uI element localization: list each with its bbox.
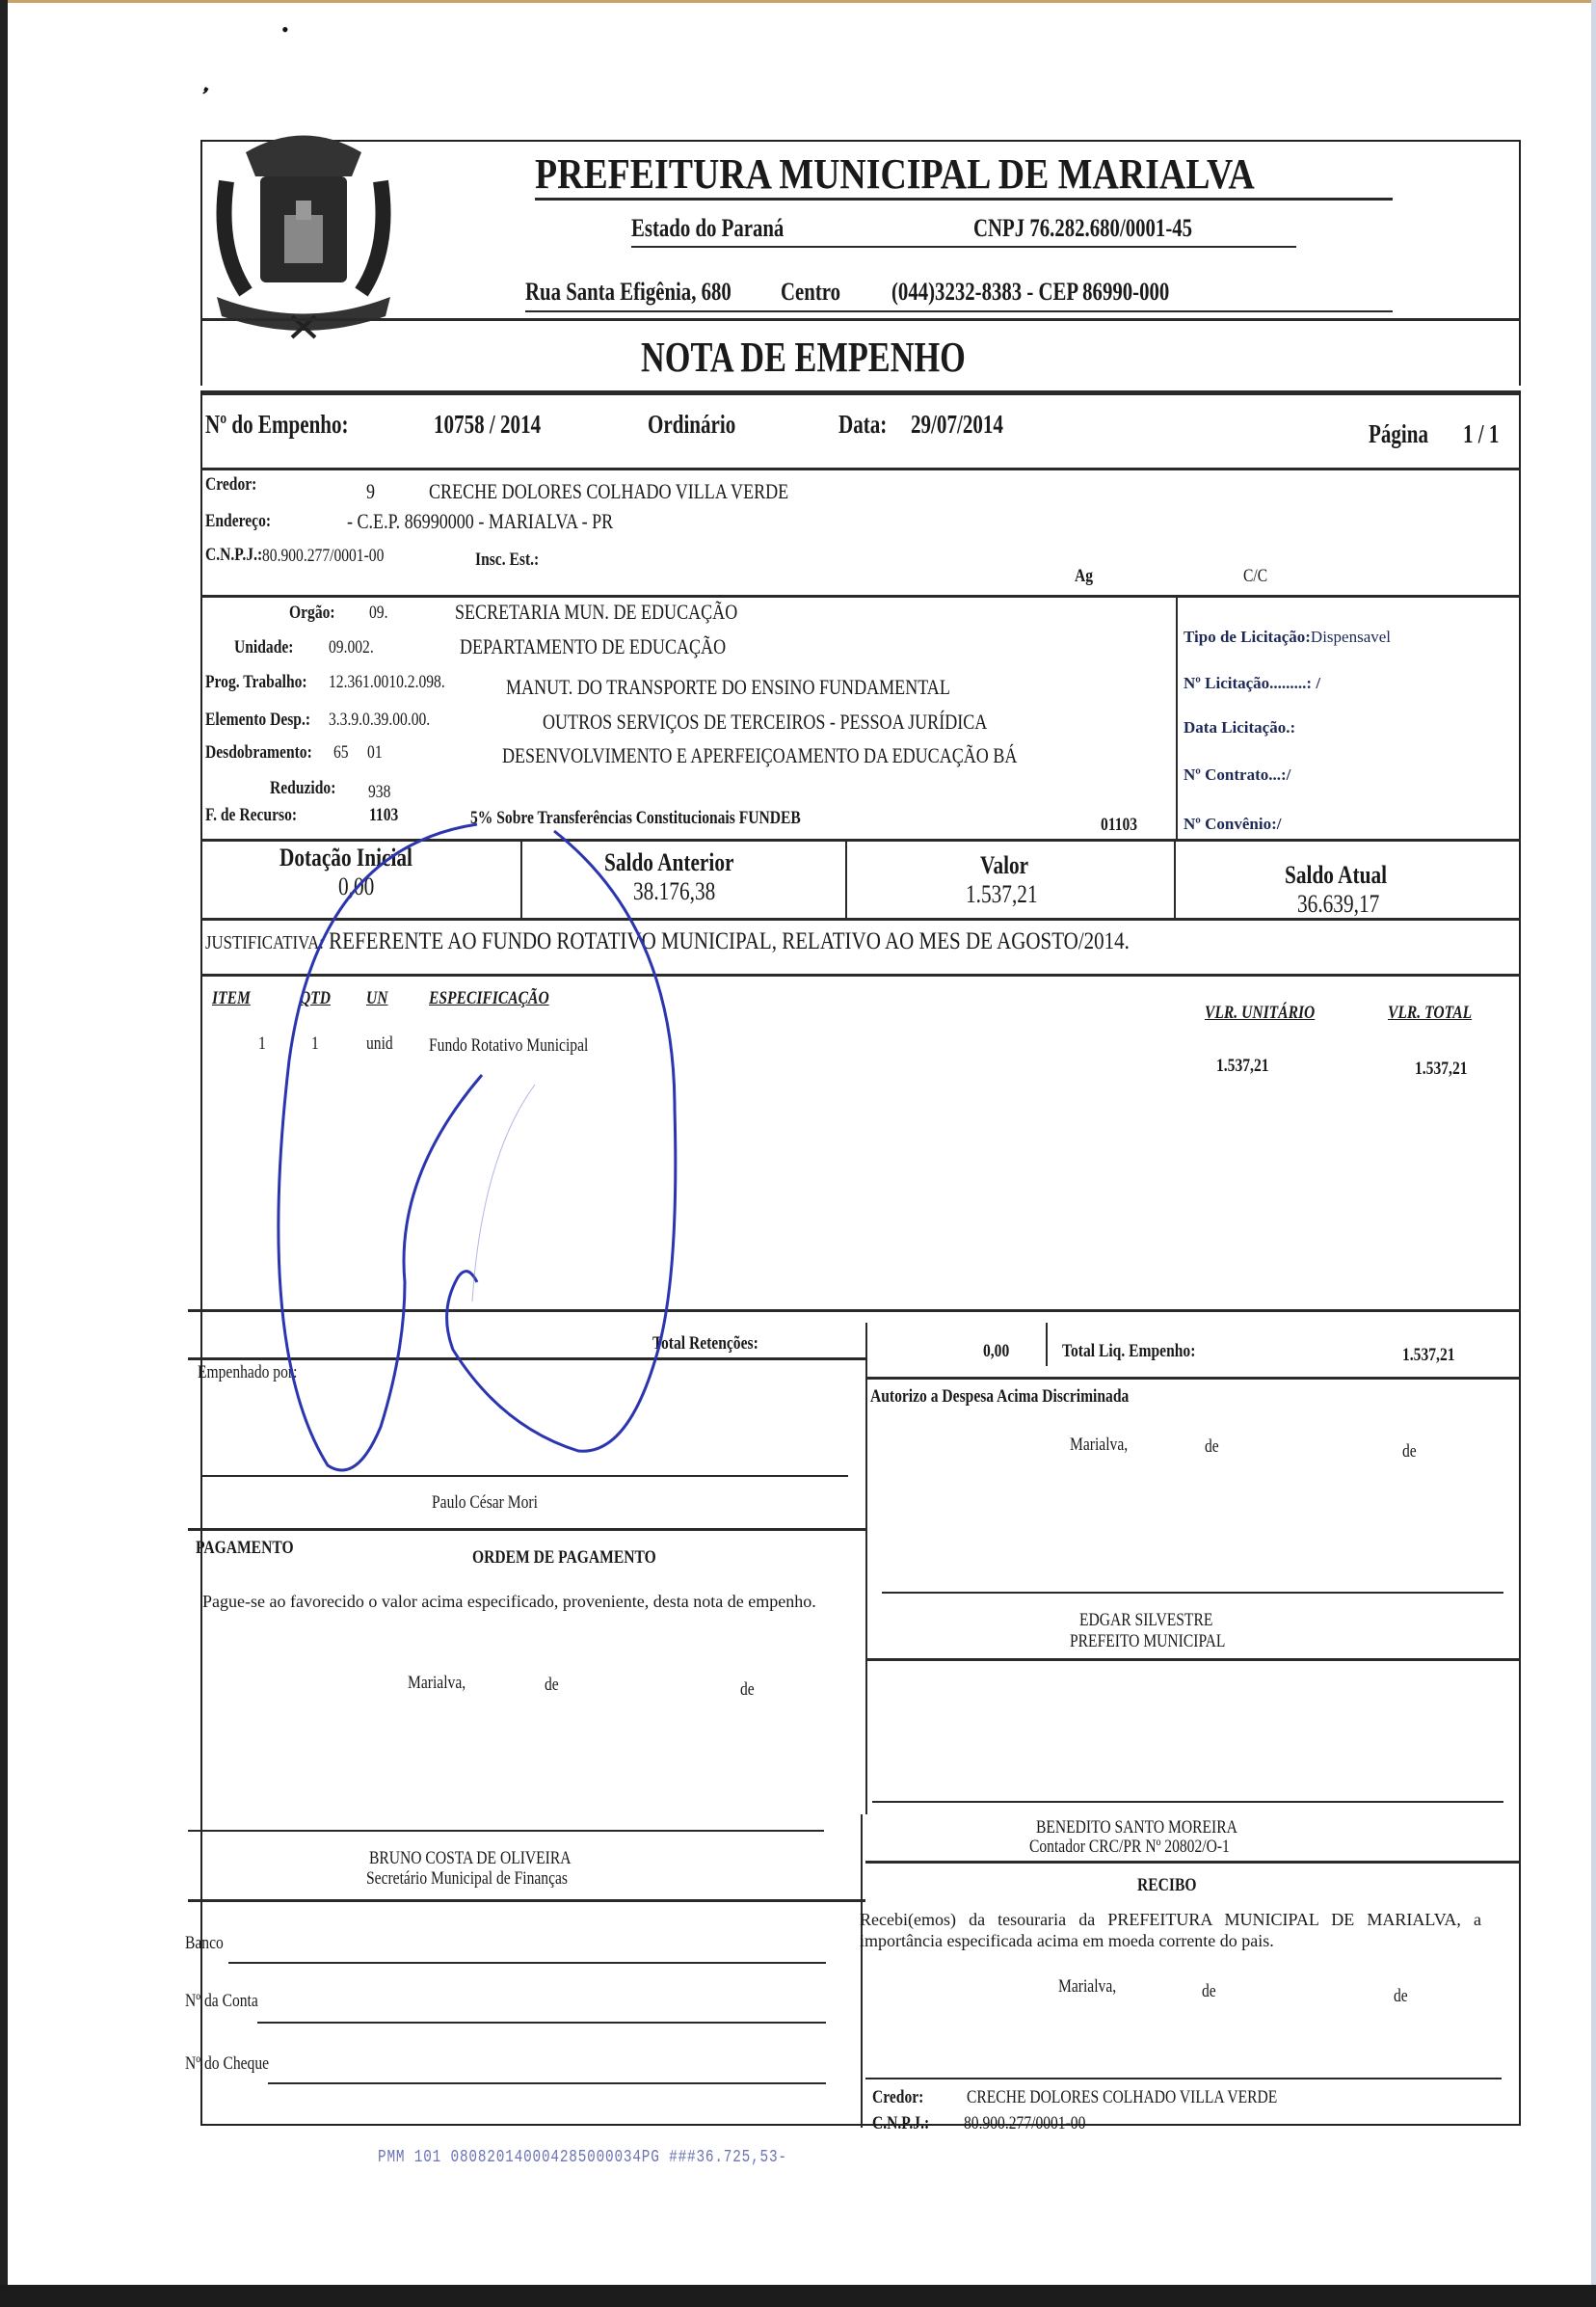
col-header-unit-price: VLR. UNITÁRIO [1205,1003,1315,1024]
recibo-credor-name: CRECHE DOLORES COLHADO VILLA VERDE [967,2087,1277,2108]
budget-code: 12.361.0010.2.098. [329,672,445,693]
budget-desc: OUTROS SERVIÇOS DE TERCEIROS - PESSOA JU… [543,710,987,735]
balance-valor: Valor 1.537,21 [845,851,1174,909]
convenio-number: Nº Convênio:/ [1184,815,1281,834]
secretario-name: BRUNO COSTA DE OLIVEIRA [369,1848,572,1869]
divider [200,974,1521,977]
scan-edge-right [1591,0,1596,2307]
empenhado-por-label: Empenhado por: [198,1362,297,1383]
recibo-cnpj-label: C.N.P.J.: [872,2113,929,2134]
balance-label: Dotação Inicial [279,844,412,872]
total-retencoes-label: Total Retenções: [652,1333,758,1355]
budget-label: Elemento Desp.: [205,710,310,731]
divider [200,918,1521,921]
divider [188,1309,1521,1312]
divider-vertical [1176,598,1178,839]
item-number: 1 [258,1033,266,1055]
budget-label: Orgão: [289,603,335,624]
licitacao-type: Tipo de Licitação:Dispensavel [1184,628,1391,647]
budget-desc: MANUT. DO TRANSPORTE DO ENSINO FUNDAMENT… [506,675,950,700]
divider [200,468,1521,470]
col-header-total: VLR. TOTAL [1388,1003,1472,1024]
cnpj-label: C.N.P.J.: [205,545,262,566]
total-retencoes-value: 0,00 [983,1341,1009,1362]
budget-desc: SECRETARIA MUN. DE EDUCAÇÃO [455,600,737,625]
banco-field[interactable] [228,1962,826,1964]
date-de: de [1394,1986,1408,2007]
scan-edge-top [0,0,1596,3]
contador-name: BENEDITO SANTO MOREIRA [1036,1817,1237,1838]
signature-line [872,1801,1503,1803]
balance-saldo-atual: Saldo Atual 36.639,17 [1174,861,1521,919]
pagamento-label: PAGAMENTO [196,1538,294,1559]
credor-label: Credor: [205,474,256,496]
empenhado-por-name: Paulo César Mori [432,1492,538,1514]
phone-cep: (044)3232-8383 - CEP 86990-000 [891,278,1169,307]
balance-label: Valor [980,851,1028,880]
budget-label: Desdobramento: [205,742,312,764]
empenho-date: 29/07/2014 [911,410,1003,440]
scan-speck: • [281,17,289,42]
budget-label: Unidade: [234,637,293,658]
contrato-number: Nº Contrato...:/ [1184,765,1290,785]
balance-dotacao: Dotação Inicial 0,00 [200,844,520,901]
budget-desc: DESENVOLVIMENTO E APERFEIÇOAMENTO DA EDU… [502,743,1017,768]
date-de: de [545,1675,559,1696]
balance-saldo-anterior: Saldo Anterior 38.176,38 [520,848,845,906]
col-header-item: ITEM [212,988,251,1009]
budget-label: Reduzido: [270,778,335,799]
recibo-cnpj: 80.900.277/0001-00 [964,2113,1085,2134]
conta-field[interactable] [257,2022,826,2024]
empenho-number: 10758 / 2014 [434,410,541,440]
col-header-qtd: QTD [300,988,331,1009]
divider [865,1658,1521,1661]
col-header-spec: ESPECIFICAÇÃO [429,988,549,1009]
pagamento-text: Pague-se ao favorecido o valor acima esp… [202,1591,819,1612]
city-label: Marialva, [1058,1976,1116,1998]
prefeito-name: EDGAR SILVESTRE [1079,1610,1212,1631]
signature-line [882,1592,1503,1594]
credor-name: CRECHE DOLORES COLHADO VILLA VERDE [429,479,788,504]
scan-speck: ❜ [194,83,212,108]
total-liquido-value: 1.537,21 [1402,1345,1455,1366]
secretario-title: Secretário Municipal de Finanças [366,1868,568,1890]
justificativa-text: REFERENTE AO FUNDO ROTATIVO MUNICIPAL, R… [329,928,1130,954]
budget-code: 09. [369,603,387,624]
address-underline [525,310,1393,312]
conta-corrente-label: C/C [1243,566,1267,587]
justificativa-label: JUSTIFICATIVA: [205,932,324,953]
page-number: 1 / 1 [1463,419,1499,449]
item-spec: Fundo Rotativo Municipal [429,1035,588,1057]
licitacao-date: Data Licitação.: [1184,718,1295,738]
date-de: de [1402,1441,1417,1462]
date-label: Data: [838,410,887,440]
ordem-pagamento-title: ORDEM DE PAGAMENTO [472,1547,656,1569]
budget-code: 09.002. [329,637,374,658]
agencia-label: Ag [1075,566,1093,587]
municipality-title: PREFEITURA MUNICIPAL DE MARIALVA [535,149,1255,199]
divider-vertical [861,1814,863,2128]
divider [200,318,1521,321]
budget-code: 3.3.9.0.39.00.00. [329,710,430,731]
item-total: 1.537,21 [1415,1059,1468,1080]
divider-vertical [1046,1323,1048,1366]
divider [200,839,1521,842]
street-address: Rua Santa Efigênia, 680 [525,278,731,307]
recibo-credor-label: Credor: [872,2087,923,2108]
balance-value: 36.639,17 [1297,890,1379,919]
cheque-label: Nº do Cheque [185,2053,269,2075]
district: Centro [781,278,840,307]
divider [200,595,1521,598]
recibo-title: RECIBO [1137,1875,1196,1896]
balance-value: 1.537,21 [966,880,1038,909]
endereco: - C.E.P. 86990000 - MARIALVA - PR [347,509,613,534]
licitacao-type-value: Dispensavel [1311,628,1391,646]
balance-value: 38.176,38 [633,877,715,906]
date-de: de [1205,1436,1219,1458]
recurso-code: 1103 [369,805,398,826]
signature-line [865,2078,1502,2079]
budget-code: 938 [368,782,390,803]
divider [865,1861,1521,1864]
divider [188,1899,865,1902]
autorizo-label: Autorizo a Despesa Acima Discriminada [870,1386,1129,1408]
bank-authentication-stamp: PMM 101 080820140004285000034PG ###36.72… [378,2148,787,2167]
recurso-code-2: 01103 [1101,815,1137,836]
empenho-number-label: Nº do Empenho: [205,410,349,440]
item-unit-price: 1.537,21 [1216,1056,1269,1077]
licitacao-number: Nº Licitação.........: / [1184,674,1320,693]
prefeito-title: PREFEITO MUNICIPAL [1070,1631,1225,1652]
endereco-label: Endereço: [205,511,271,532]
signature-line [188,1830,824,1832]
budget-desc: DEPARTAMENTO DE EDUCAÇÃO [460,634,726,659]
insc-est-label: Insc. Est.: [475,550,539,571]
licitacao-type-label: Tipo de Licitação: [1184,628,1311,646]
balance-value: 0,00 [338,872,374,901]
document-title: NOTA DE EMPENHO [641,333,966,382]
credor-code: 9 [366,479,375,504]
date-de: de [740,1679,755,1701]
coat-of-arms-icon [207,123,400,340]
banco-label: Banco [185,1933,224,1954]
contador-title: Contador CRC/PR Nº 20802/O-1 [1029,1837,1230,1858]
budget-label: Prog. Trabalho: [205,672,307,693]
recurso-desc: 5% Sobre Transferências Constitucionais … [470,808,801,829]
total-liquido-label: Total Liq. Empenho: [1062,1341,1195,1362]
divider-vertical [865,1323,867,1814]
city-label: Marialva, [408,1673,465,1694]
date-de: de [1202,1981,1216,2002]
scan-edge-left [0,0,8,2307]
conta-label: Nº da Conta [185,1991,258,2012]
col-header-un: UN [366,988,388,1009]
justificativa: JUSTIFICATIVA: REFERENTE AO FUNDO ROTATI… [205,928,1130,955]
budget-code: 65 01 [333,742,383,764]
state-underline [631,246,1296,248]
balance-label: Saldo Atual [1285,861,1387,890]
cheque-field[interactable] [268,2082,826,2084]
balance-label: Saldo Anterior [604,848,733,877]
divider [188,1528,865,1531]
item-qtd: 1 [311,1033,319,1055]
state-name: Estado do Paraná [631,214,784,243]
item-unit: unid [366,1033,393,1055]
divider [188,1357,865,1360]
credor-cnpj: 80.900.277/0001-00 [262,546,384,567]
divider [865,1377,1521,1380]
recibo-text: Recebi(emos) da tesouraria da PREFEITURA… [860,1909,1481,1951]
empenho-type: Ordinário [648,410,735,440]
municipality-cnpj: CNPJ 76.282.680/0001-45 [973,214,1192,243]
signature-line [202,1475,848,1477]
scan-edge-bottom [0,2285,1596,2307]
recurso-label: F. de Recurso: [205,805,297,826]
city-label: Marialva, [1070,1435,1128,1456]
page-label: Página [1369,419,1428,449]
title-underline [535,198,1393,201]
